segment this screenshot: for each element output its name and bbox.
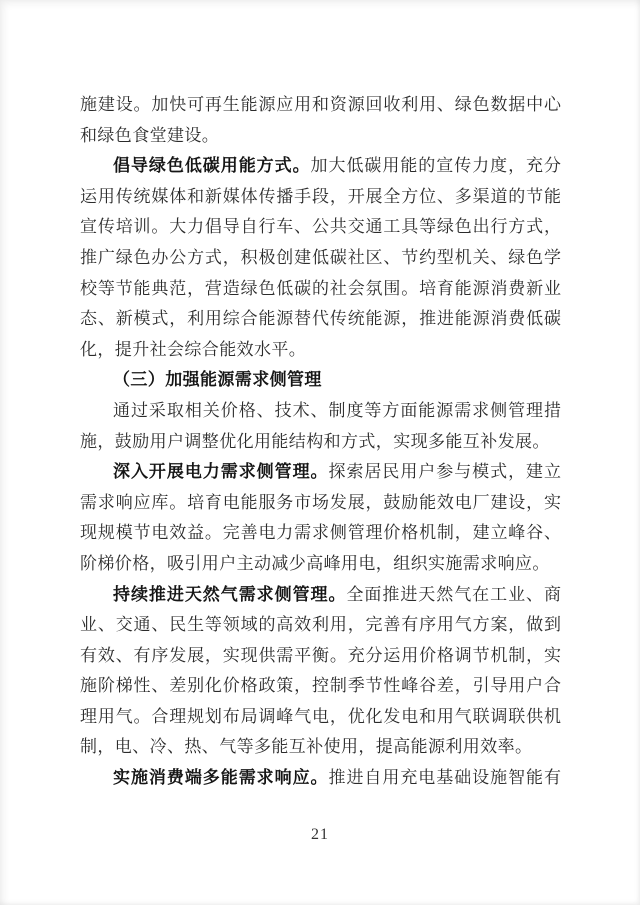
page-number: 21 xyxy=(0,826,640,844)
text-segment: 阶梯价格，吸引用户主动减少高峰用电，组织实施需求响应。 xyxy=(80,554,550,573)
document-body-text: 施建设。加快可再生能源应用和资源回收利用、绿色数据中心和绿色食堂建设。倡导绿色低… xyxy=(80,90,561,794)
text-segment: 宣传培训。大力倡导自行车、公共交通工具等绿色出行方式， xyxy=(80,217,561,236)
text-segment: 施建设。加快可再生能源应用和资源回收利用、绿色数据中心 xyxy=(80,95,561,114)
text-segment: 现规模节电效益。完善电力需求侧管理价格机制，建立峰谷、 xyxy=(80,523,561,542)
text-segment: 推进自用充电基础设施智能有 xyxy=(329,768,562,787)
text-line: 运用传统媒体和新媒体传播手段，开展全方位、多渠道的节能 xyxy=(80,182,561,213)
text-segment: 施，鼓励用户调整优化用能结构和方式，实现多能互补发展。 xyxy=(80,432,550,451)
text-line: 校等节能典范，营造绿色低碳的社会氛围。培育能源消费新业 xyxy=(80,274,561,305)
bold-lead-text: （三）加强能源需求侧管理 xyxy=(113,370,322,389)
text-segment: 推广绿色办公方式，积极创建低碳社区、节约型机关、绿色学 xyxy=(80,248,561,267)
text-segment: 态、新模式，利用综合能源替代传统能源，推进能源消费低碳 xyxy=(80,309,561,328)
text-line: 深入开展电力需求侧管理。探索居民用户参与模式，建立 xyxy=(80,457,561,488)
text-line: 施阶梯性、差别化价格政策，控制季节性峰谷差，引导用户合 xyxy=(80,671,561,702)
text-line: 宣传培训。大力倡导自行车、公共交通工具等绿色出行方式， xyxy=(80,212,561,243)
bold-lead-text: 深入开展电力需求侧管理。 xyxy=(113,462,329,481)
text-segment: 加大低碳用能的宣传力度，充分 xyxy=(311,156,561,175)
text-segment: 业、交通、民生等领域的高效利用，完善有序用气方案，做到 xyxy=(80,615,561,634)
text-line: 现规模节电效益。完善电力需求侧管理价格机制，建立峰谷、 xyxy=(80,518,561,549)
text-line: 推广绿色办公方式，积极创建低碳社区、节约型机关、绿色学 xyxy=(80,243,561,274)
text-line: 理用气。合理规划布局调峰气电，优化发电和用气联调联供机 xyxy=(80,702,561,733)
text-line: 实施消费端多能需求响应。推进自用充电基础设施智能有 xyxy=(80,763,561,794)
text-segment: 全面推进天然气在工业、商 xyxy=(346,585,561,604)
text-line: 需求响应库。培育电能服务市场发展，鼓励能效电厂建设，实 xyxy=(80,488,561,519)
text-segment: 有效、有序发展，实现供需平衡。充分运用价格调节机制，实 xyxy=(80,646,561,665)
text-line: 有效、有序发展，实现供需平衡。充分运用价格调节机制，实 xyxy=(80,641,561,672)
bold-lead-text: 持续推进天然气需求侧管理。 xyxy=(113,585,346,604)
text-line: 施建设。加快可再生能源应用和资源回收利用、绿色数据中心 xyxy=(80,90,561,121)
text-line: 施，鼓励用户调整优化用能结构和方式，实现多能互补发展。 xyxy=(80,427,561,458)
text-segment: 校等节能典范，营造绿色低碳的社会氛围。培育能源消费新业 xyxy=(80,279,561,298)
document-page: 施建设。加快可再生能源应用和资源回收利用、绿色数据中心和绿色食堂建设。倡导绿色低… xyxy=(0,0,640,905)
text-line: 阶梯价格，吸引用户主动减少高峰用电，组织实施需求响应。 xyxy=(80,549,561,580)
text-line: （三）加强能源需求侧管理 xyxy=(80,365,561,396)
text-segment: 理用气。合理规划布局调峰气电，优化发电和用气联调联供机 xyxy=(80,707,561,726)
bold-lead-text: 倡导绿色低碳用能方式。 xyxy=(113,156,311,175)
text-segment: 化，提升社会综合能效水平。 xyxy=(80,340,306,359)
bold-lead-text: 实施消费端多能需求响应。 xyxy=(113,768,329,787)
text-segment: 制，电、冷、热、气等多能互补使用，提高能源利用效率。 xyxy=(80,737,532,756)
text-segment: 探索居民用户参与模式，建立 xyxy=(329,462,562,481)
text-segment: 运用传统媒体和新媒体传播手段，开展全方位、多渠道的节能 xyxy=(80,187,561,206)
text-line: 倡导绿色低碳用能方式。加大低碳用能的宣传力度，充分 xyxy=(80,151,561,182)
text-line: 和绿色食堂建设。 xyxy=(80,121,561,152)
text-line: 业、交通、民生等领域的高效利用，完善有序用气方案，做到 xyxy=(80,610,561,641)
text-line: 态、新模式，利用综合能源替代传统能源，推进能源消费低碳 xyxy=(80,304,561,335)
text-line: 通过采取相关价格、技术、制度等方面能源需求侧管理措 xyxy=(80,396,561,427)
text-line: 制，电、冷、热、气等多能互补使用，提高能源利用效率。 xyxy=(80,732,561,763)
text-segment: 和绿色食堂建设。 xyxy=(80,126,219,145)
text-segment: 通过采取相关价格、技术、制度等方面能源需求侧管理措 xyxy=(113,401,561,420)
text-segment: 需求响应库。培育电能服务市场发展，鼓励能效电厂建设，实 xyxy=(80,493,561,512)
text-segment: 施阶梯性、差别化价格政策，控制季节性峰谷差，引导用户合 xyxy=(80,676,561,695)
text-line: 化，提升社会综合能效水平。 xyxy=(80,335,561,366)
text-line: 持续推进天然气需求侧管理。全面推进天然气在工业、商 xyxy=(80,580,561,611)
